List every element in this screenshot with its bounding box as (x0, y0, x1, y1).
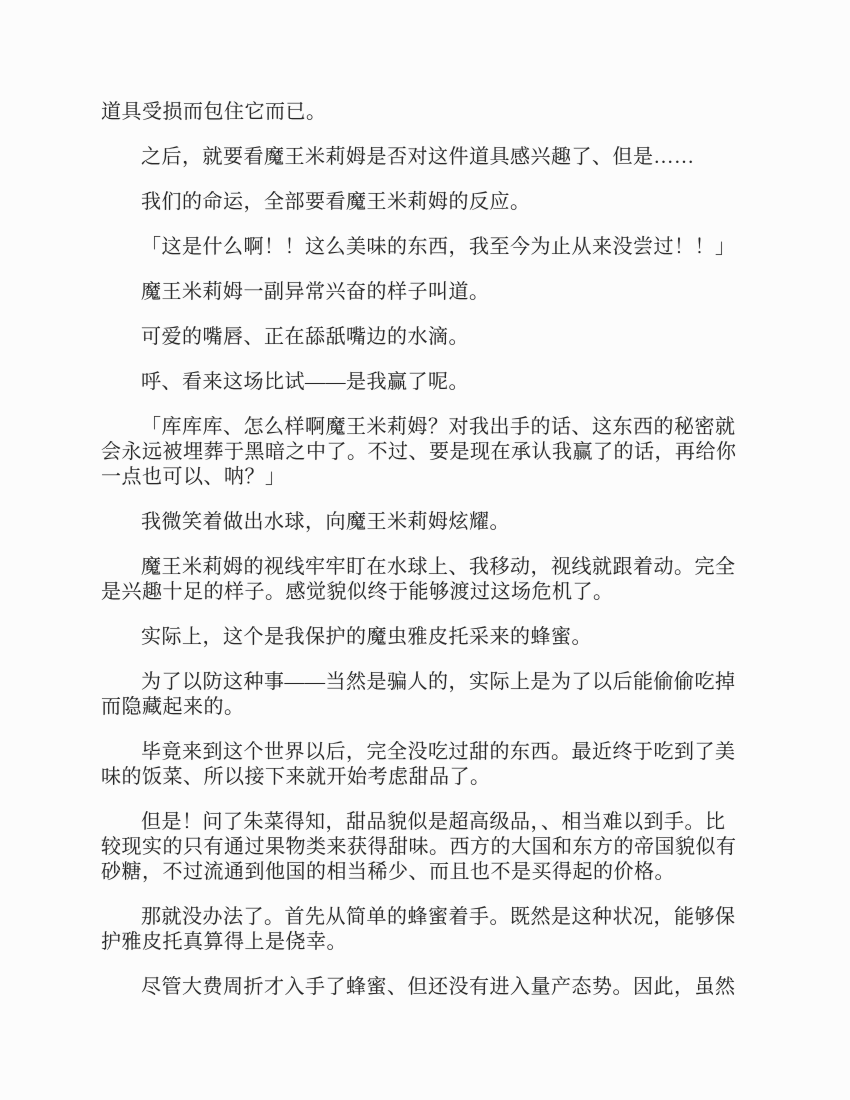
paragraph: 魔王米莉姆的视线牢牢盯在水球上、我移动，视线就跟着动。完全 是兴趣十足的样子。感… (101, 555, 767, 605)
paragraph: 毕竟来到这个世界以后，完全没吃过甜的东西。最近终于吃到了美 味的饭菜、所以接下来… (101, 740, 767, 790)
paragraph: 道具受损而包住它而已。 (101, 100, 767, 125)
paragraph: 之后，就要看魔王米莉姆是否对这件道具感兴趣了、但是…… (101, 145, 767, 170)
paragraph: 可爱的嘴唇、正在舔舐嘴边的水滴。 (101, 325, 767, 350)
paragraph: 为了以防这种事——当然是骗人的，实际上是为了以后能偷偷吃掉 而隐藏起来的。 (101, 670, 767, 720)
paragraph: 我们的命运，全部要看魔王米莉姆的反应。 (101, 190, 767, 215)
paragraph: 「这是什么啊！！这么美味的东西，我至今为止从来没尝过！！」 (101, 235, 767, 260)
paragraph: 那就没办法了。首先从简单的蜂蜜着手。既然是这种状况，能够保 护雅皮托真算得上是侥… (101, 905, 767, 955)
novel-page: 道具受损而包住它而已。之后，就要看魔王米莉姆是否对这件道具感兴趣了、但是……我们… (0, 0, 850, 1100)
paragraph: 魔王米莉姆一副异常兴奋的样子叫道。 (101, 280, 767, 305)
paragraph: 但是！问了朱菜得知，甜品貌似是超高级品，、相当难以到手。比 较现实的只有通过果物… (101, 810, 767, 885)
paragraph: 我微笑着做出水球，向魔王米莉姆炫耀。 (101, 510, 767, 535)
paragraph: 实际上，这个是我保护的魔虫雅皮托采来的蜂蜜。 (101, 625, 767, 650)
paragraph: 尽管大费周折才入手了蜂蜜、但还没有进入量产态势。因此，虽然 (101, 975, 767, 1000)
paragraph: 「库库库、怎么样啊魔王米莉姆？对我出手的话、这东西的秘密就 会永远被埋葬于黑暗之… (101, 415, 767, 490)
paragraph: 呼、看来这场比试——是我赢了呢。 (101, 370, 767, 395)
text-content: 道具受损而包住它而已。之后，就要看魔王米莉姆是否对这件道具感兴趣了、但是……我们… (101, 100, 767, 1020)
